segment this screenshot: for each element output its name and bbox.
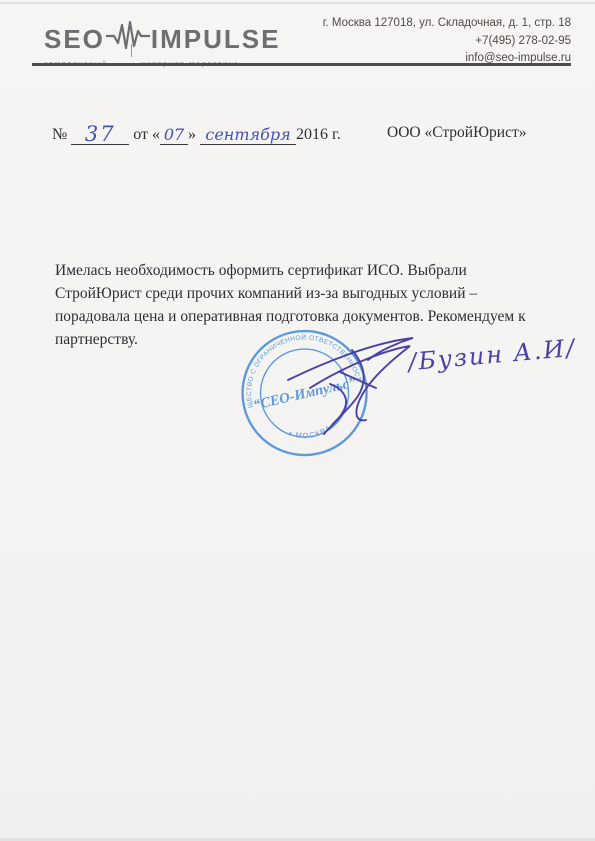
header-divider <box>32 63 571 66</box>
from-label: от « <box>133 126 160 143</box>
reference-line: № 37 от «07» сентября2016 г. <box>52 120 341 145</box>
heartbeat-pulse-icon <box>106 20 150 57</box>
signature-scribble <box>280 328 445 448</box>
day-slot: 07 <box>160 124 188 145</box>
quote-close: » <box>188 126 196 143</box>
logo-divider-line <box>131 44 132 57</box>
logo-row: SEO IMPULSE <box>44 20 239 57</box>
handwritten-month: сентября <box>205 125 290 144</box>
contact-block: г. Москва 127018, ул. Складочная, д. 1, … <box>323 15 571 68</box>
scanned-letter-page: SEO IMPULSE комплексный интернет-маркети… <box>0 0 595 841</box>
handwritten-number: 37 <box>85 122 116 146</box>
number-label: № <box>52 126 67 143</box>
logo-text-seo: SEO <box>44 26 105 52</box>
contact-address: г. Москва 127018, ул. Складочная, д. 1, … <box>323 15 571 33</box>
logo-text-impulse: IMPULSE <box>151 26 281 52</box>
contact-phone: +7(495) 278-02-95 <box>323 33 571 51</box>
company-logo: SEO IMPULSE комплексный интернет-маркети… <box>44 20 239 68</box>
month-slot: сентября <box>200 124 296 145</box>
number-slot: 37 <box>71 120 129 145</box>
year-text: 2016 г. <box>296 126 341 143</box>
handwritten-day: 07 <box>164 125 184 144</box>
recipient-name: ООО «СтройЮрист» <box>387 124 526 142</box>
scan-edge-top <box>0 2 595 4</box>
